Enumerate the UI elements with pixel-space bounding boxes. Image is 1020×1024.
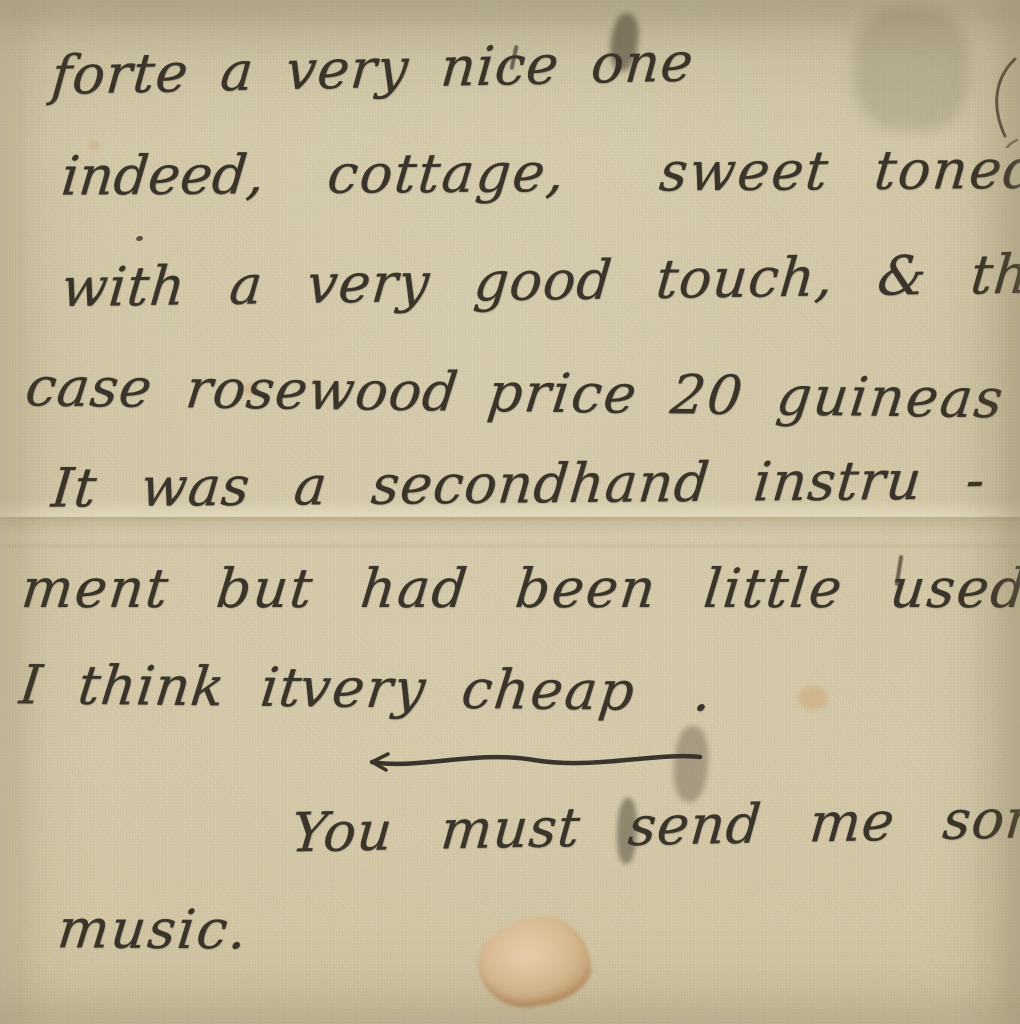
handwriting-segment: music. <box>55 902 251 957</box>
handwriting-segment: ment but had been little used <box>19 562 1020 616</box>
letter-page: forte a very nice one indeed, cottage, s… <box>0 0 1020 1024</box>
handwriting-line: You must send me some <box>0 792 1020 892</box>
handwriting-line: forte a very nice one <box>0 29 1020 130</box>
ink-dot <box>135 235 143 242</box>
handwriting-segment: I think it <box>17 658 305 715</box>
handwriting-segment: You must send me some <box>289 791 1020 860</box>
handwriting-line: I think it very cheap . <box>0 658 1020 749</box>
underlined-phrase: very cheap <box>297 661 639 718</box>
fold-crease-secondary <box>0 545 1020 547</box>
handwriting-segment: price 20 guineas <box>485 366 1007 426</box>
handwriting-segment: with a very good touch, & the <box>59 247 1020 315</box>
handwriting-segment: . <box>691 665 714 719</box>
handwriting-segment: forte a very nice one <box>49 35 696 103</box>
handwriting-line: with a very good touch, & the <box>0 248 1020 342</box>
handwriting-segment: cottage, <box>325 146 568 202</box>
hand-drawn-underline <box>366 738 706 778</box>
handwriting-segment: sweet toned <box>657 143 1020 200</box>
handwriting-line: case rosewood price 20 guineas <box>0 360 1020 452</box>
handwriting-line: ment but had been little used <box>0 562 1020 642</box>
handwriting-segment: It was a secondhand instru - <box>49 453 988 515</box>
handwriting-line: It was a secondhand instru - <box>0 453 1020 542</box>
handwriting-line: indeed, cottage, sweet toned <box>0 143 1020 230</box>
handwriting-segment: indeed, <box>59 148 267 203</box>
handwriting-line: music. <box>0 902 1020 987</box>
handwriting-segment: case rosewood <box>23 360 461 419</box>
